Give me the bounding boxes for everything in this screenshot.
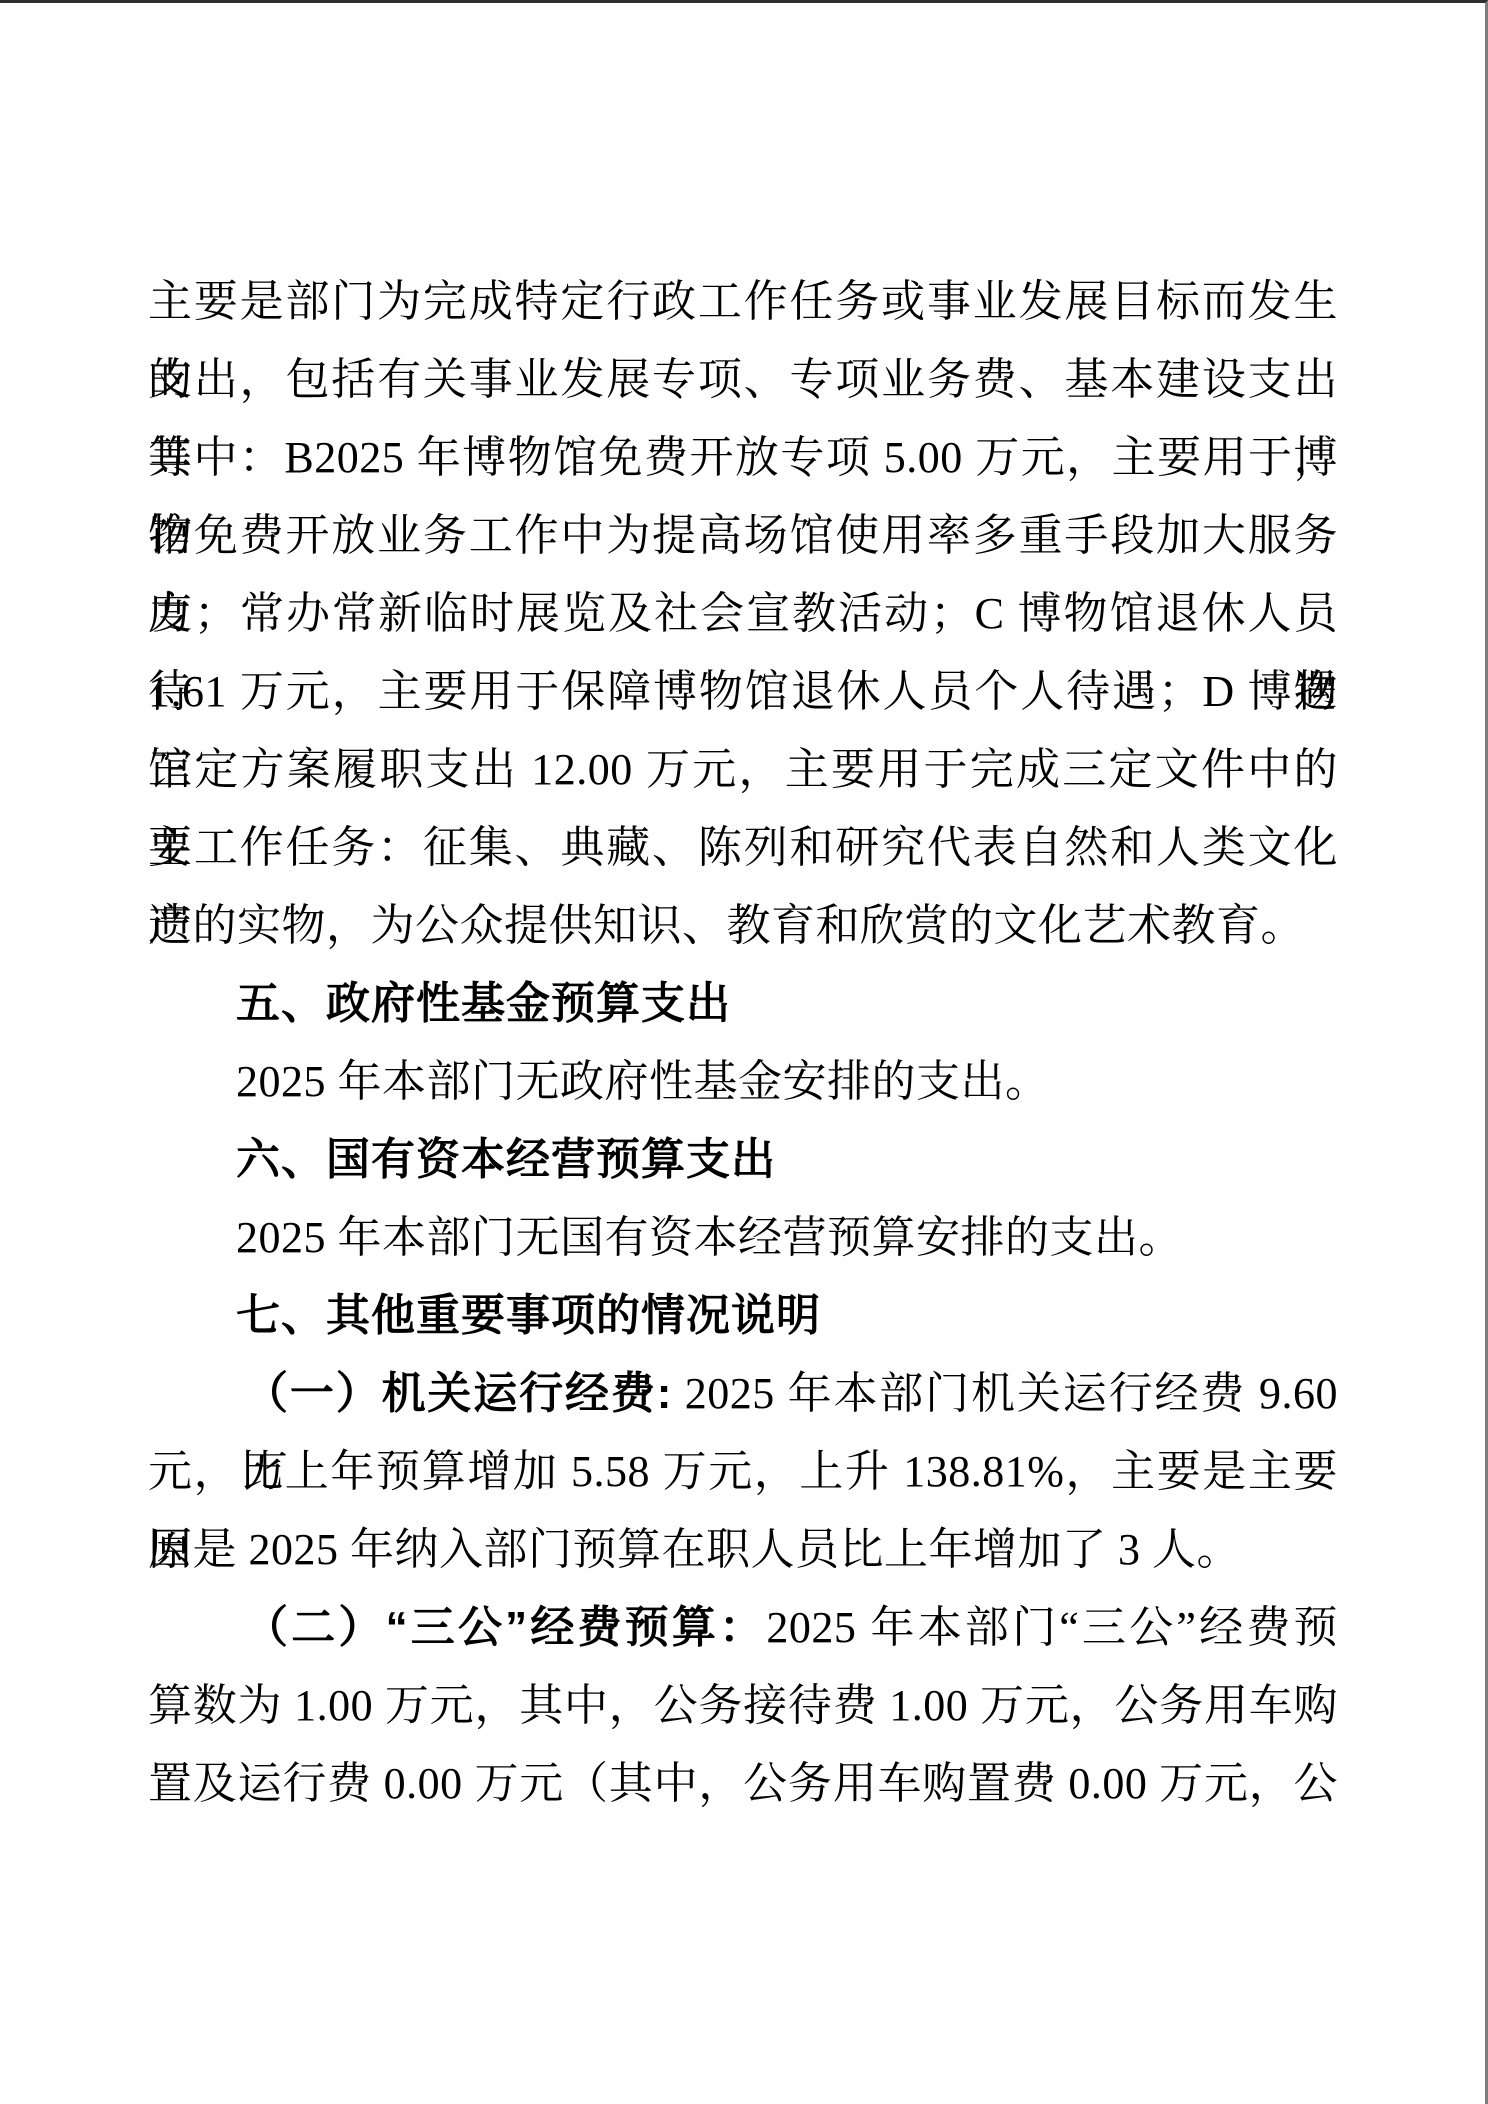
- item-text: 2025 年本部门“三公”经费预: [766, 1603, 1338, 1652]
- body-line: 支出，包括有关事业发展专项、专项业务费、基本建设支出等，: [148, 341, 1338, 419]
- text-block: 主要是部门为完成特定行政工作任务或事业发展目标而发生的 支出，包括有关事业发展专…: [148, 263, 1338, 1823]
- body-line: 算数为 1.00 万元，其中，公务接待费 1.00 万元，公务用车购: [148, 1667, 1338, 1745]
- document-page: 主要是部门为完成特定行政工作任务或事业发展目标而发生的 支出，包括有关事业发展专…: [0, 0, 1488, 2104]
- item-lead-label: （一）机关运行经费:: [244, 1369, 672, 1418]
- body-line: 馆免费开放业务工作中为提高场馆使用率多重手段加大服务力: [148, 497, 1338, 575]
- body-line: 三定方案履职支出 12.00 万元，主要用于完成三定文件中的主: [148, 731, 1338, 809]
- body-line: （一）机关运行经费: 2025 年本部门机关运行经费 9.60 万: [148, 1355, 1338, 1433]
- body-line: 1.61 万元，主要用于保障博物馆退休人员个人待遇；D 博物馆: [148, 653, 1338, 731]
- body-line: 度；常办常新临时展览及社会宣教活动；C 博物馆退休人员待遇: [148, 575, 1338, 653]
- body-line: 2025 年本部门无国有资本经营预算安排的支出。: [148, 1199, 1338, 1277]
- section-heading-7: 七、其他重要事项的情况说明: [148, 1277, 1338, 1355]
- section-heading-6: 六、国有资本经营预算支出: [148, 1121, 1338, 1199]
- body-line: （二）“三公”经费预算：2025 年本部门“三公”经费预: [148, 1589, 1338, 1667]
- section-heading-5: 五、政府性基金预算支出: [148, 965, 1338, 1043]
- body-line: 置及运行费 0.00 万元（其中，公务用车购置费 0.00 万元，公: [148, 1745, 1338, 1823]
- body-line: 元，比上年预算增加 5.58 万元，上升 138.81%，主要是主要原: [148, 1433, 1338, 1511]
- body-line: 2025 年本部门无政府性基金安排的支出。: [148, 1043, 1338, 1121]
- body-line: 其中：B2025 年博物馆免费开放专项 5.00 万元，主要用于博物: [148, 419, 1338, 497]
- item-lead-label: （二）“三公”经费预算：: [244, 1603, 766, 1652]
- body-line: 产的实物，为公众提供知识、教育和欣赏的文化艺术教育。: [148, 887, 1338, 965]
- body-line: 主要是部门为完成特定行政工作任务或事业发展目标而发生的: [148, 263, 1338, 341]
- body-line: 要工作任务：征集、典藏、陈列和研究代表自然和人类文化遗: [148, 809, 1338, 887]
- body-line: 因是 2025 年纳入部门预算在职人员比上年增加了 3 人。: [148, 1511, 1338, 1589]
